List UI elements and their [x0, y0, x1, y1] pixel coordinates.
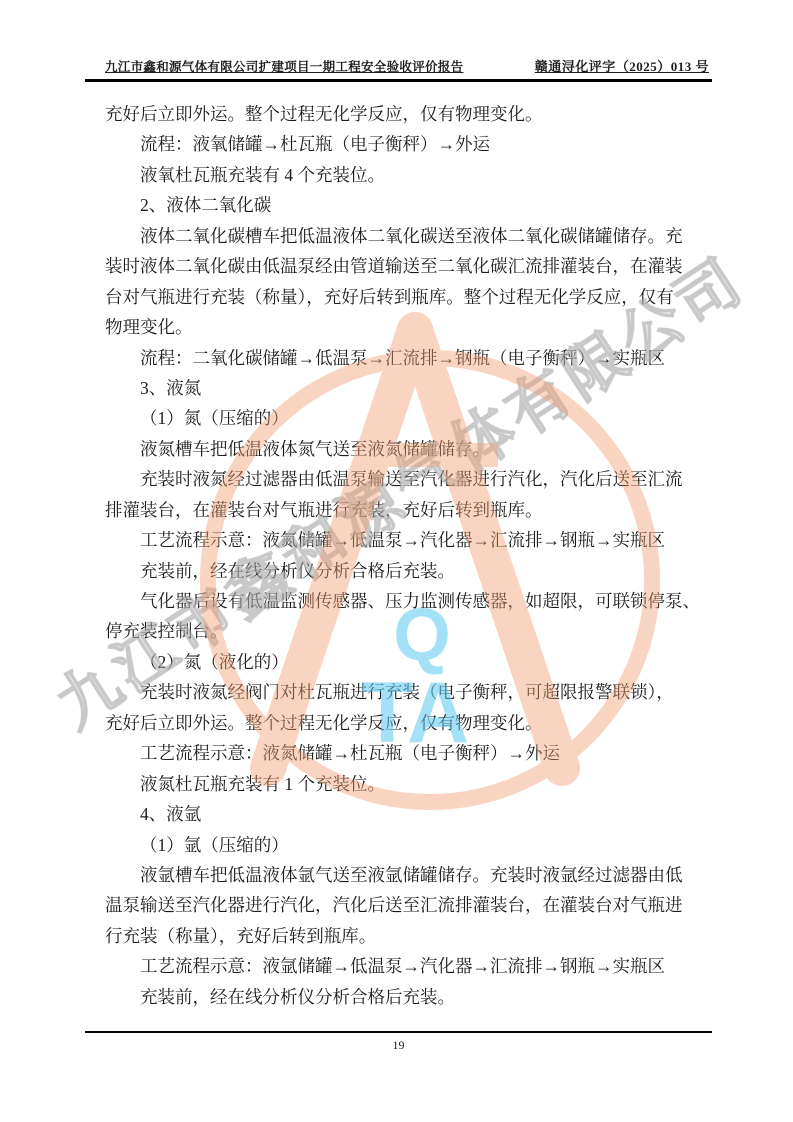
body-line: 4、液氩 [105, 799, 717, 829]
body-line: 2、液体二氧化碳 [105, 190, 717, 220]
body-line: 行充装（称量），充好后转到瓶库。 [105, 921, 717, 951]
body-line: 充好后立即外运。整个过程无化学反应，仅有物理变化。 [105, 708, 717, 738]
page-number: 19 [85, 1038, 712, 1053]
footer-rule [85, 1031, 712, 1033]
body-line: 工艺流程示意：液氮储罐→杜瓦瓶（电子衡秤）→外运 [105, 738, 717, 768]
body-line: （2）氮（液化的） [105, 647, 717, 677]
body-line: 液氧杜瓦瓶充装有 4 个充装位。 [105, 160, 717, 190]
body-line: 充装时液氮经过滤器由低温泵输送至汽化器进行汽化，汽化后送至汇流 [105, 464, 717, 494]
body-line: 充装前，经在线分析仪分析合格后充装。 [105, 982, 717, 1012]
body-line: 3、液氮 [105, 373, 717, 403]
body-line: （1）氮（压缩的） [105, 403, 717, 433]
body-text: 充好后立即外运。整个过程无化学反应，仅有物理变化。流程：液氧储罐→杜瓦瓶（电子衡… [105, 99, 717, 1012]
body-line: 充装前，经在线分析仪分析合格后充装。 [105, 556, 717, 586]
body-line: 液氮杜瓦瓶充装有 1 个充装位。 [105, 769, 717, 799]
document-page: 九江市鑫和源气体有限公司扩建项目一期工程安全验收评价报告 赣通浔化评字（2025… [0, 0, 793, 1122]
header-rule [85, 79, 712, 82]
body-line: 流程：液氧储罐→杜瓦瓶（电子衡秤）→外运 [105, 129, 717, 159]
body-line: 气化器后设有低温监测传感器、压力监测传感器，如超限，可联锁停泵、 [105, 586, 717, 616]
body-line: 物理变化。 [105, 312, 717, 342]
body-line: 流程：二氧化碳储罐→低温泵→汇流排→钢瓶（电子衡秤）→实瓶区 [105, 343, 717, 373]
body-line: 液氮槽车把低温液体氮气送至液氮储罐储存。 [105, 434, 717, 464]
body-line: （1）氩（压缩的） [105, 830, 717, 860]
body-line: 停充装控制台。 [105, 616, 717, 646]
body-line: 液体二氧化碳槽车把低温液体二氧化碳送至液体二氧化碳储罐储存。充 [105, 221, 717, 251]
body-line: 温泵输送至汽化器进行汽化，汽化后送至汇流排灌装台，在灌装台对气瓶进 [105, 890, 717, 920]
body-line: 液氩槽车把低温液体氩气送至液氩储罐储存。充装时液氩经过滤器由低 [105, 860, 717, 890]
body-line: 充好后立即外运。整个过程无化学反应，仅有物理变化。 [105, 99, 717, 129]
body-line: 工艺流程示意：液氩储罐→低温泵→汽化器→汇流排→钢瓶→实瓶区 [105, 951, 717, 981]
body-line: 排灌装台，在灌装台对气瓶进行充装，充好后转到瓶库。 [105, 495, 717, 525]
body-line: 充装时液氮经阀门对杜瓦瓶进行充装（电子衡秤，可超限报警联锁）， [105, 677, 717, 707]
body-line: 装时液体二氧化碳由低温泵经由管道输送至二氧化碳汇流排灌装台，在灌装 [105, 251, 717, 281]
body-line: 工艺流程示意：液氮储罐→低温泵→汽化器→汇流排→钢瓶→实瓶区 [105, 525, 717, 555]
header-doc-number: 赣通浔化评字（2025）013 号 [535, 56, 709, 75]
header-report-title: 九江市鑫和源气体有限公司扩建项目一期工程安全验收评价报告 [105, 57, 463, 75]
body-line: 台对气瓶进行充装（称量），充好后转到瓶库。整个过程无化学反应，仅有 [105, 282, 717, 312]
